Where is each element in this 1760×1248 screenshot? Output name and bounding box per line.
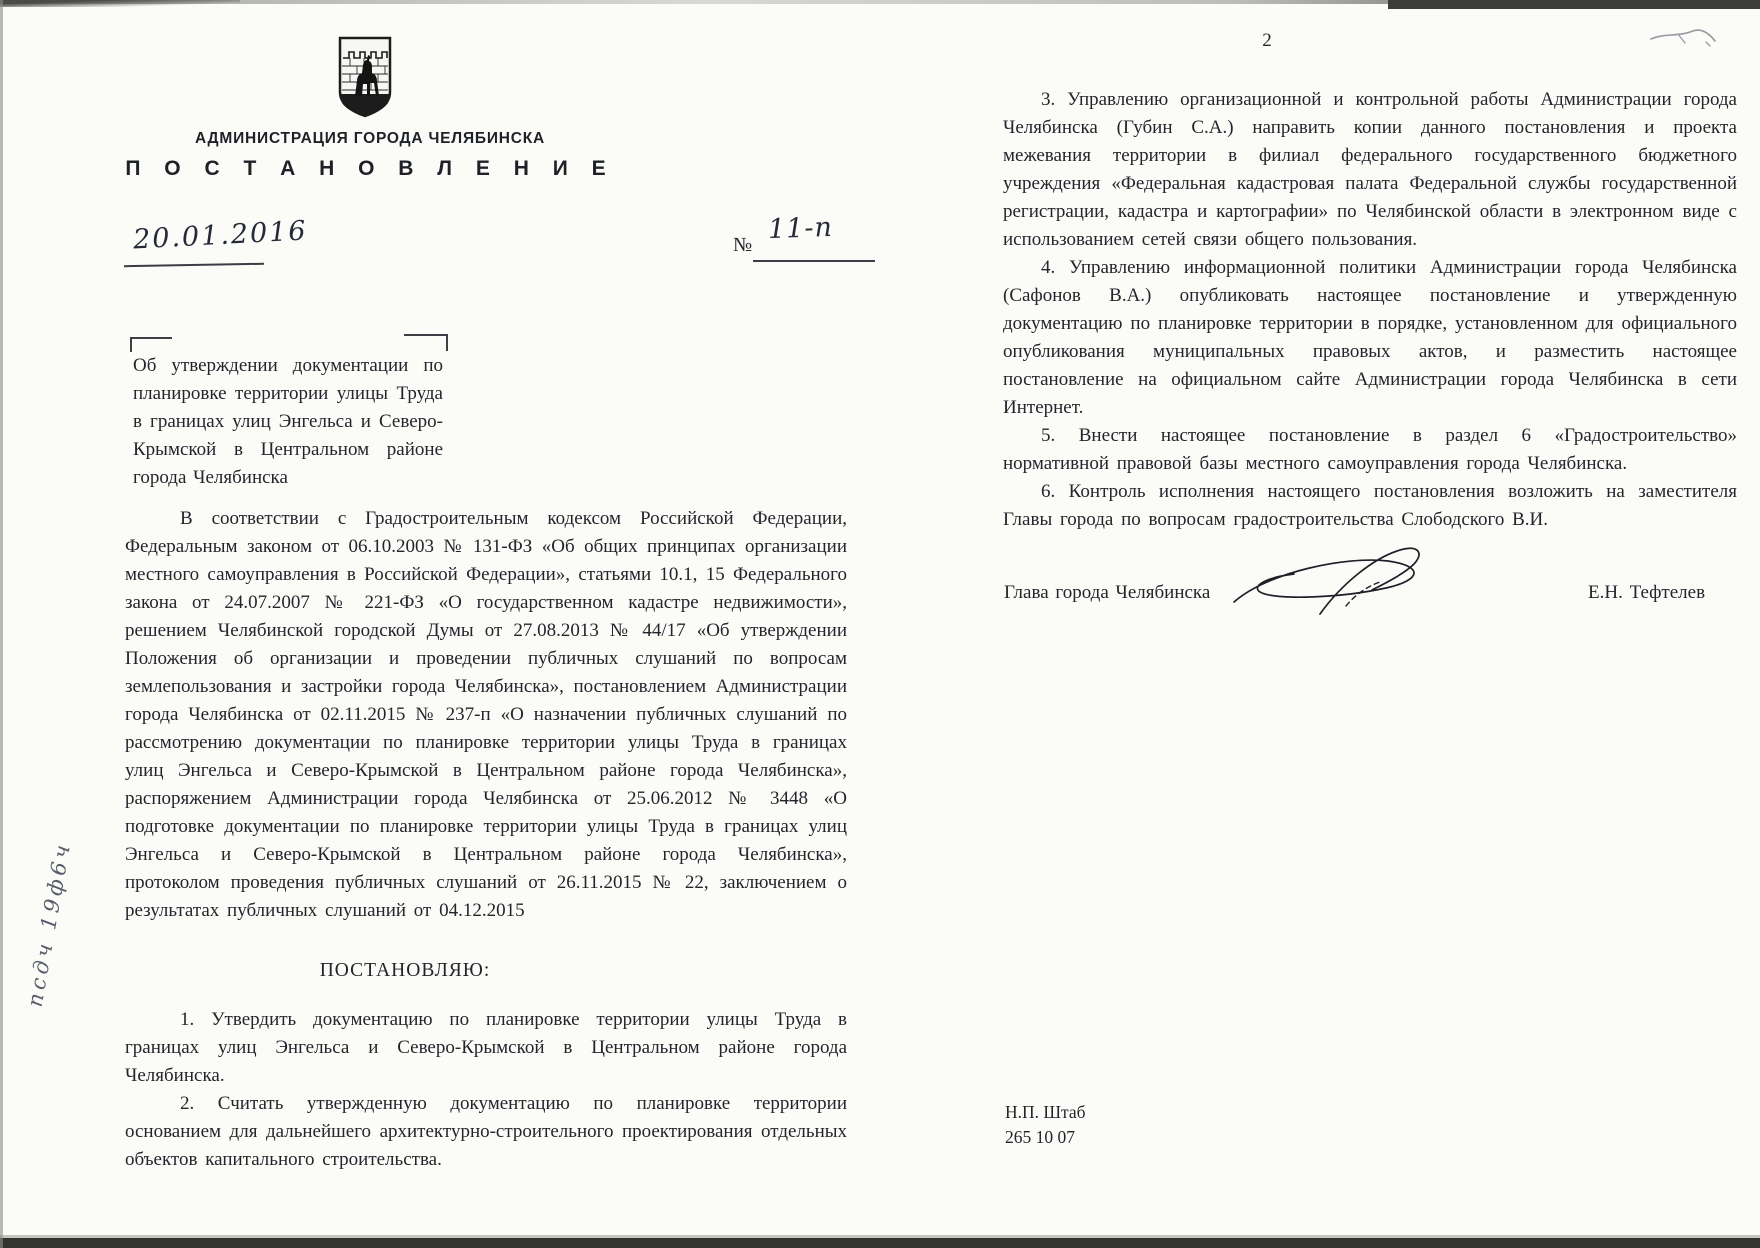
document-subject: Об утверждении документации по планировк… xyxy=(133,352,443,492)
preamble-section: В соответствии с Градостроительным кодек… xyxy=(125,505,847,925)
resolution-item-5: 5. Внести настоящее постановление в разд… xyxy=(1003,422,1737,478)
date-underline xyxy=(124,263,264,267)
organization-name: АДМИНИСТРАЦИЯ ГОРОДА ЧЕЛЯБИНСКА xyxy=(120,130,620,148)
resolution-heading: ПОСТАНОВЛЯЮ: xyxy=(125,960,685,982)
executor-footer: Н.П. Штаб 265 10 07 xyxy=(1005,1100,1086,1150)
resolution-items-page1: 1. Утвердить документацию по планировке … xyxy=(125,1006,847,1174)
scan-edge-top-left xyxy=(0,0,240,7)
handwritten-date: 20.01.2016 xyxy=(132,215,308,255)
scan-edge-top-right xyxy=(1388,0,1760,9)
resolution-item-6: 6. Контроль исполнения настоящего постан… xyxy=(1003,478,1737,534)
resolution-items-page2: 3. Управлению организационной и контроль… xyxy=(1003,86,1737,534)
signatory-name: Е.Н. Тефтелев xyxy=(1588,582,1705,604)
executor-name: Н.П. Штаб xyxy=(1005,1100,1086,1125)
signatory-title: Глава города Челябинска xyxy=(1004,582,1210,604)
margin-note-handwriting: псдч 19ф6ч xyxy=(21,828,78,1019)
page-number: 2 xyxy=(1252,30,1282,52)
resolution-item-1: 1. Утвердить документацию по планировке … xyxy=(125,1006,847,1090)
pencil-scribble-mark xyxy=(1648,24,1720,50)
resolution-item-4: 4. Управлению информационной политики Ад… xyxy=(1003,254,1737,422)
subject-corner-mark-left xyxy=(130,337,172,352)
subject-corner-mark-right xyxy=(404,334,448,351)
scan-edge-left xyxy=(0,0,3,1248)
number-underline xyxy=(753,260,875,262)
resolution-item-2: 2. Считать утвержденную документацию по … xyxy=(125,1090,847,1174)
chelyabinsk-coat-of-arms-icon xyxy=(338,36,392,118)
handwritten-document-number: 11-п xyxy=(767,212,833,245)
scanned-document: АДМИНИСТРАЦИЯ ГОРОДА ЧЕЛЯБИНСКА П О С Т … xyxy=(0,0,1760,1248)
number-label: № xyxy=(733,234,752,257)
executor-phone: 265 10 07 xyxy=(1005,1125,1086,1150)
preamble-paragraph: В соответствии с Градостроительным кодек… xyxy=(125,505,847,925)
scan-edge-bottom xyxy=(0,1238,1760,1248)
signature-autograph xyxy=(1228,538,1443,633)
document-type-title: П О С Т А Н О В Л Е Н И Е xyxy=(120,157,620,181)
document-header: АДМИНИСТРАЦИЯ ГОРОДА ЧЕЛЯБИНСКА П О С Т … xyxy=(120,130,620,181)
resolution-item-3: 3. Управлению организационной и контроль… xyxy=(1003,86,1737,254)
